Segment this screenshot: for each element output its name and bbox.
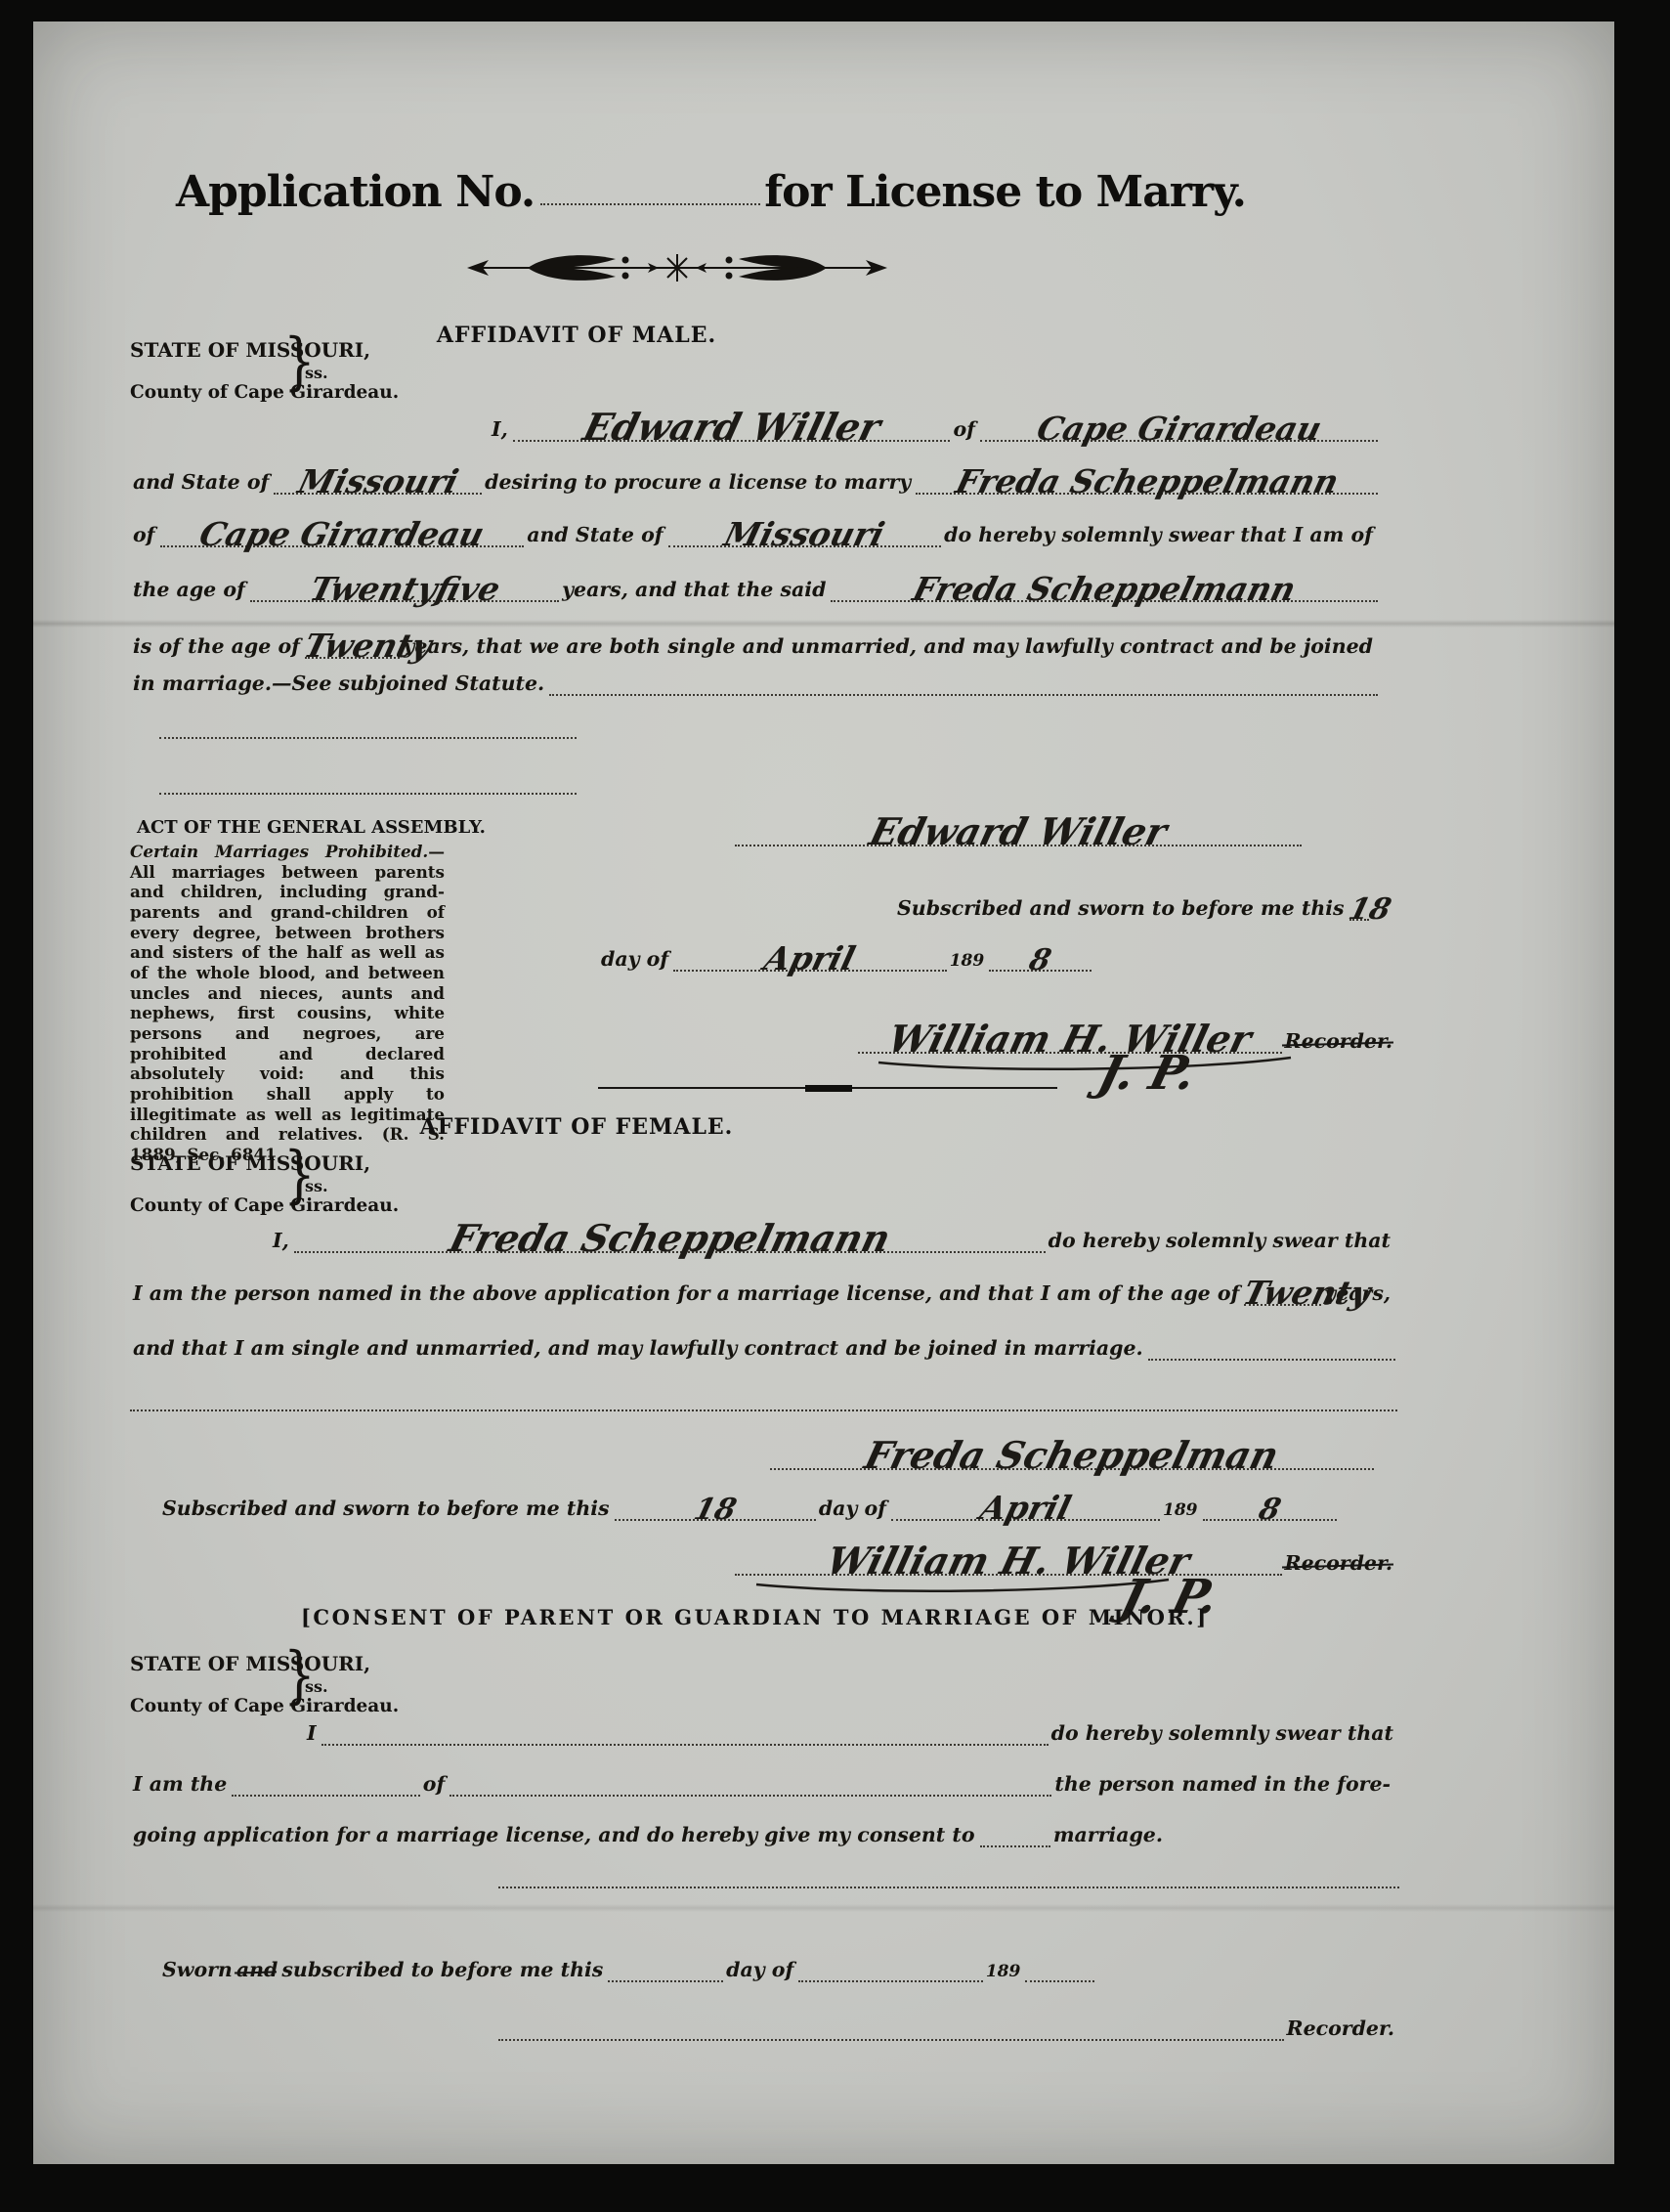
ornament-divider bbox=[467, 250, 887, 289]
male-line3: of Cape Girardeau and State of Missouri … bbox=[130, 502, 1378, 547]
fold-crease bbox=[33, 1904, 1614, 1912]
female-affidavit-heading: AFFIDAVIT OF FEMALE. bbox=[410, 1114, 743, 1140]
bride-name-handwritten: Freda Scheppelmann bbox=[953, 469, 1340, 495]
bride-city-handwritten: Cape Girardeau bbox=[197, 522, 487, 547]
empty-dotted-line bbox=[498, 1887, 1399, 1888]
groom-age-blank: Twentyfive bbox=[250, 573, 559, 602]
male-line4: the age of Twentyfive years, and that th… bbox=[130, 557, 1378, 602]
venue-county-label: County of Cape Girardeau. bbox=[130, 382, 399, 403]
printed-text: I am the bbox=[130, 1774, 232, 1797]
bride-state-handwritten: Missouri bbox=[722, 522, 887, 547]
female-line3: and that I am single and unmarried, and … bbox=[130, 1318, 1395, 1361]
male-line2: and State of Missouri desiring to procur… bbox=[130, 450, 1378, 495]
groom-city-blank: Cape Girardeau bbox=[980, 412, 1378, 442]
groom-city-handwritten: Cape Girardeau bbox=[1035, 416, 1324, 442]
printed-text: of bbox=[950, 419, 980, 442]
divider-bar bbox=[805, 1085, 852, 1092]
year-printed: 189 bbox=[947, 953, 990, 972]
venue-state-label: STATE OF MISSOURI, bbox=[130, 1652, 370, 1675]
male-officer-row: William H. Willer Recorder. bbox=[858, 993, 1397, 1054]
groom-age-handwritten: Twentyfive bbox=[307, 577, 501, 602]
venue-brace: } bbox=[283, 1644, 316, 1707]
printed-text: I am the person named in the above appli… bbox=[130, 1283, 1244, 1306]
marriage-to-blank bbox=[980, 1845, 1050, 1847]
officer-title-handwritten: J. P. bbox=[1094, 1056, 1199, 1092]
day-handwritten: 18 bbox=[1347, 898, 1393, 921]
printed-text: Subscribed and sworn to before me this bbox=[159, 1498, 615, 1521]
recorder-label-struck: Recorder. bbox=[1282, 1031, 1397, 1054]
statute-lead: Certain Marriages Prohibited. bbox=[130, 842, 428, 861]
bride-signature-handwritten: Freda Scheppelman bbox=[863, 1441, 1282, 1470]
printed-text: and State of bbox=[130, 472, 274, 495]
year-blank: 8 bbox=[1203, 1495, 1338, 1521]
venue-brace: } bbox=[283, 1144, 316, 1206]
bride-name-blank: Freda Scheppelmann bbox=[294, 1220, 1046, 1253]
groom-name-handwritten: Edward Willer bbox=[580, 412, 883, 442]
consent-heading: [CONSENT OF PARENT OR GUARDIAN TO MARRIA… bbox=[301, 1605, 1161, 1629]
male-day-of-row: day of April 189 8 bbox=[598, 927, 1092, 972]
printed-text: of bbox=[130, 525, 160, 547]
printed-text: day of bbox=[723, 1960, 798, 1982]
male-line6: in marriage.—See subjoined Statute. bbox=[130, 653, 1378, 696]
bride-name-blank: Freda Scheppelmann bbox=[916, 465, 1378, 495]
recorder-label: Recorder. bbox=[1284, 2018, 1399, 2041]
month-blank: April bbox=[891, 1492, 1160, 1521]
venue-ss-label: ss. bbox=[305, 1677, 328, 1696]
printed-text: day of bbox=[816, 1498, 891, 1521]
year-printed: 189 bbox=[1160, 1502, 1203, 1521]
male-line1: I, Edward Willer of Cape Girardeau bbox=[489, 397, 1378, 442]
venue-state-label: STATE OF MISSOURI, bbox=[130, 338, 370, 362]
printed-text: the person named in the fore- bbox=[1051, 1774, 1395, 1797]
consent-line3: going application for a marriage license… bbox=[130, 1814, 1168, 1847]
bride-age-handwritten: Twenty bbox=[1241, 1280, 1373, 1306]
male-signature-row: Edward Willer bbox=[735, 788, 1302, 846]
signature-flourish bbox=[752, 1578, 1173, 1599]
groom-signature-handwritten: Edward Willer bbox=[867, 817, 1170, 846]
empty-dotted-line bbox=[130, 1410, 1397, 1411]
printed-text: do hereby solemnly swear that bbox=[1049, 1723, 1398, 1746]
year-handwritten: 8 bbox=[1027, 949, 1053, 972]
printed-text: Sworn bbox=[159, 1960, 235, 1982]
groom-state-handwritten: Missouri bbox=[295, 469, 460, 495]
venue-ss-label: ss. bbox=[305, 364, 328, 382]
printed-text: I, bbox=[489, 419, 513, 442]
printed-text: desiring to procure a license to marry bbox=[482, 472, 916, 495]
venue-brace: } bbox=[283, 330, 316, 393]
struck-word: and bbox=[235, 1960, 280, 1982]
day-handwritten: 18 bbox=[692, 1498, 739, 1521]
title-right: for License to Marry. bbox=[764, 172, 1246, 213]
printed-text: subscribed to before me this bbox=[279, 1960, 608, 1982]
consent-recorder-row: Recorder. bbox=[498, 2008, 1399, 2041]
minor-name-blank bbox=[450, 1795, 1051, 1797]
day-blank: 18 bbox=[615, 1495, 816, 1521]
year-blank: 8 bbox=[989, 945, 1092, 972]
empty-blank bbox=[549, 694, 1378, 696]
officer-signature-blank: William H. Willer bbox=[858, 1020, 1282, 1054]
female-signature-row: Freda Scheppelman bbox=[770, 1419, 1374, 1470]
printed-text: going application for a marriage license… bbox=[130, 1825, 980, 1847]
printed-text: and State of bbox=[524, 525, 667, 547]
venue-ss-label: ss. bbox=[305, 1177, 328, 1195]
day-blank bbox=[608, 1980, 723, 1982]
male-jp-title: J. P. bbox=[1099, 1052, 1194, 1089]
recorder-label-struck: Recorder. bbox=[1282, 1553, 1397, 1576]
consent-line1: I do hereby solemnly swear that bbox=[304, 1713, 1398, 1746]
female-officer-row: William H. Willer Recorder. bbox=[735, 1521, 1397, 1576]
empty-dotted-line bbox=[159, 793, 577, 795]
year-handwritten: 8 bbox=[1257, 1498, 1283, 1521]
bride-city-blank: Cape Girardeau bbox=[160, 518, 525, 547]
printed-text: I, bbox=[270, 1231, 294, 1253]
section-divider bbox=[598, 1087, 1057, 1089]
month-handwritten: April bbox=[978, 1496, 1074, 1521]
recorder-label: Recorder. bbox=[1285, 1551, 1392, 1575]
printed-text: I bbox=[304, 1723, 321, 1746]
female-line2: I am the person named in the above appli… bbox=[130, 1261, 1395, 1306]
female-signature-blank: Freda Scheppelman bbox=[770, 1437, 1374, 1470]
empty-blank bbox=[1148, 1359, 1395, 1361]
consenter-name-blank bbox=[321, 1744, 1049, 1746]
male-signature-blank: Edward Willer bbox=[735, 813, 1302, 846]
relationship-blank bbox=[232, 1795, 420, 1797]
printed-text: in marriage.—See subjoined Statute. bbox=[130, 673, 549, 696]
statute-text: —All marriages between parents and child… bbox=[130, 842, 445, 1164]
signature-flourish bbox=[875, 1056, 1295, 1077]
recorder-label: Recorder. bbox=[1285, 1029, 1392, 1053]
struck-word-text: and bbox=[236, 1958, 278, 1981]
bride-name-blank: Freda Scheppelmann bbox=[831, 573, 1378, 602]
application-number-blank bbox=[540, 199, 760, 205]
floral-divider-icon bbox=[467, 250, 887, 285]
male-sworn-row: Subscribed and sworn to before me this 1… bbox=[894, 878, 1305, 921]
year-blank bbox=[1025, 1980, 1094, 1982]
recorder-signature-blank bbox=[498, 2039, 1284, 2041]
printed-text: do hereby solemnly swear that I am of bbox=[941, 525, 1378, 547]
bride-name-handwritten: Freda Scheppelmann bbox=[447, 1224, 893, 1253]
day-blank: 18 bbox=[1349, 894, 1369, 921]
scanned-document-page: { "header": { "title_left": "Application… bbox=[0, 0, 1670, 2212]
month-handwritten: April bbox=[762, 946, 858, 972]
printed-text: marriage. bbox=[1050, 1825, 1168, 1847]
empty-dotted-line bbox=[159, 737, 577, 739]
venue-state-label: STATE OF MISSOURI, bbox=[130, 1151, 370, 1175]
consent-line2: I am the of the person named in the fore… bbox=[130, 1763, 1395, 1797]
groom-name-blank: Edward Willer bbox=[513, 409, 951, 442]
printed-text: do hereby solemnly swear that bbox=[1046, 1231, 1395, 1253]
male-affidavit-heading: AFFIDAVIT OF MALE. bbox=[415, 323, 738, 348]
printed-text: Subscribed and sworn to before me this bbox=[894, 898, 1349, 921]
bride-name-handwritten: Freda Scheppelmann bbox=[911, 577, 1298, 602]
bride-age-blank: Twenty bbox=[1244, 1277, 1321, 1306]
month-blank: April bbox=[673, 942, 947, 972]
printed-text: and that I am single and unmarried, and … bbox=[130, 1338, 1148, 1361]
printed-text: of bbox=[420, 1774, 450, 1797]
bride-state-blank: Missouri bbox=[668, 518, 942, 547]
female-line1: I, Freda Scheppelmann do hereby solemnly… bbox=[270, 1204, 1395, 1253]
groom-state-blank: Missouri bbox=[274, 465, 482, 495]
statute-body: Certain Marriages Prohibited.—All marria… bbox=[130, 842, 445, 1165]
printed-text: day of bbox=[598, 949, 673, 972]
document-title-row: Application No. for License to Marry. bbox=[176, 143, 1261, 213]
title-left: Application No. bbox=[176, 172, 535, 213]
printed-text: the age of bbox=[130, 580, 250, 602]
consent-sworn-row: Sworn and subscribed to before me this d… bbox=[159, 1947, 1094, 1982]
statute-heading: ACT OF THE GENERAL ASSEMBLY. bbox=[137, 817, 486, 838]
printed-text: years, and that the said bbox=[559, 580, 831, 602]
female-sworn-row: Subscribed and sworn to before me this 1… bbox=[159, 1476, 1337, 1521]
month-blank bbox=[798, 1980, 983, 1982]
year-printed: 189 bbox=[983, 1964, 1026, 1982]
